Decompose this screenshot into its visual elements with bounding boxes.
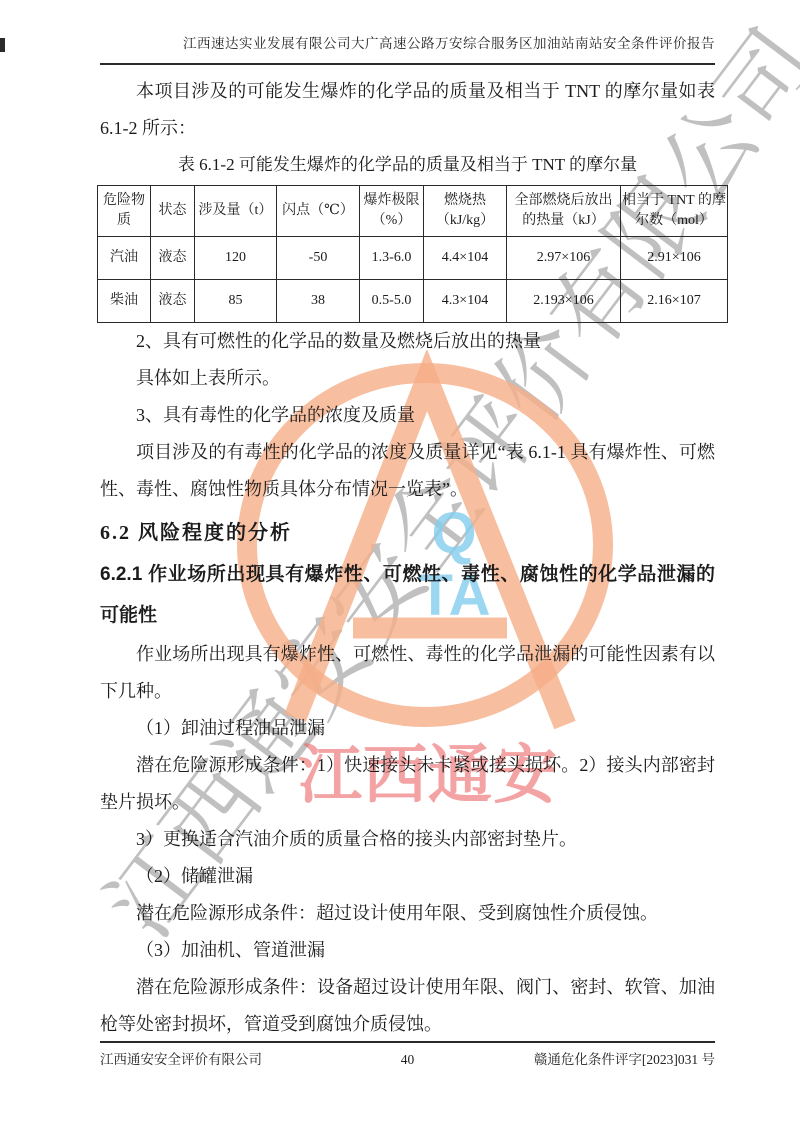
cell: 2.91×106	[621, 237, 728, 280]
col-header-state: 状态	[151, 186, 195, 237]
table-row-diesel: 柴油 液态 85 38 0.5-5.0 4.3×104 2.193×106 2.…	[98, 280, 728, 323]
cell: 1.3-6.0	[360, 237, 424, 280]
cell: 38	[277, 280, 360, 323]
paragraph: （1）卸油过程油品泄漏	[100, 710, 715, 747]
paragraph: 具体如上表所示。	[100, 360, 715, 397]
table-caption: 表 6.1-2 可能发生爆炸的化学品的质量及相当于 TNT 的摩尔量	[100, 152, 715, 178]
cell: 85	[195, 280, 277, 323]
col-header-tnt-moles: 相当于 TNT 的摩尔数（mol）	[621, 186, 728, 237]
paragraph: 3）更换适合汽油介质的质量合格的接头内部密封垫片。	[100, 821, 715, 858]
paragraph: 3、具有毒性的化学品的浓度及质量	[100, 397, 715, 434]
intro-paragraph: 本项目涉及的可能发生爆炸的化学品的质量及相当于 TNT 的摩尔量如表 6.1-2…	[100, 73, 715, 147]
paragraph: （3）加油机、管道泄漏	[100, 932, 715, 969]
table-header-row: 危险物质 状态 涉及量（t） 闪点（℃） 爆炸极限（%） 燃烧热（kJ/kg） …	[98, 186, 728, 237]
paragraph: 作业场所出现具有爆炸性、可燃性、毒性的化学品泄漏的可能性因素有以下几种。	[100, 636, 715, 710]
col-header-flashpoint: 闪点（℃）	[277, 186, 360, 237]
paragraph: 潜在危险源形成条件：超过设计使用年限、受到腐蚀性介质侵蚀。	[100, 895, 715, 932]
document-page: 江西通安安全评价有限公司 Q TA 江西通安 江西速达实业发展有限公司大广高速公…	[0, 0, 800, 1131]
col-header-quantity: 涉及量（t）	[195, 186, 277, 237]
page-footer: 江西通安安全评价有限公司 40 赣通危化条件评字[2023]031 号	[100, 1041, 715, 1068]
footer-document-number: 赣通危化条件评字[2023]031 号	[414, 1048, 715, 1068]
page-content: 江西速达实业发展有限公司大广高速公路万安综合服务区加油站南站安全条件评价报告 本…	[0, 0, 800, 1043]
explosive-chemicals-table: 危险物质 状态 涉及量（t） 闪点（℃） 爆炸极限（%） 燃烧热（kJ/kg） …	[97, 185, 728, 323]
footer-company-name: 江西通安安全评价有限公司	[100, 1048, 401, 1068]
footer-page-number: 40	[401, 1052, 415, 1068]
paragraph: 潜在危险源形成条件：1）快速接头未卡紧或接头损坏。2）接头内部密封垫片损坏。	[100, 747, 715, 821]
col-header-combustion-heat: 燃烧热（kJ/kg）	[424, 186, 507, 237]
cell: 2.97×106	[507, 237, 621, 280]
cell: 汽油	[98, 237, 151, 280]
cell: 4.3×104	[424, 280, 507, 323]
cell: 液态	[151, 280, 195, 323]
cell: 2.193×106	[507, 280, 621, 323]
paragraph: 2、具有可燃性的化学品的数量及燃烧后放出的热量	[100, 323, 715, 360]
section-heading-6-2: 6.2 风险程度的分析	[100, 512, 715, 554]
paragraph: 潜在危险源形成条件：设备超过设计使用年限、阀门、密封、软管、加油枪等处密封损坏，…	[100, 969, 715, 1043]
cell: -50	[277, 237, 360, 280]
col-header-hazard: 危险物质	[98, 186, 151, 237]
cell: 0.5-5.0	[360, 280, 424, 323]
cell: 液态	[151, 237, 195, 280]
table-row-gasoline: 汽油 液态 120 -50 1.3-6.0 4.4×104 2.97×106 2…	[98, 237, 728, 280]
cell: 120	[195, 237, 277, 280]
col-header-explosive-limit: 爆炸极限（%）	[360, 186, 424, 237]
paragraph: （2）储罐泄漏	[100, 858, 715, 895]
page-header-title: 江西速达实业发展有限公司大广高速公路万安综合服务区加油站南站安全条件评价报告	[100, 34, 715, 65]
paragraph: 项目涉及的有毒性的化学品的浓度及质量详见“表 6.1-1 具有爆炸性、可燃性、毒…	[100, 434, 715, 508]
cell: 4.4×104	[424, 237, 507, 280]
col-header-total-heat: 全部燃烧后放出的热量（kJ）	[507, 186, 621, 237]
cell: 2.16×107	[621, 280, 728, 323]
section-heading-6-2-1: 6.2.1 作业场所出现具有爆炸性、可燃性、毒性、腐蚀性的化学品泄漏的可能性	[100, 554, 715, 636]
cell: 柴油	[98, 280, 151, 323]
